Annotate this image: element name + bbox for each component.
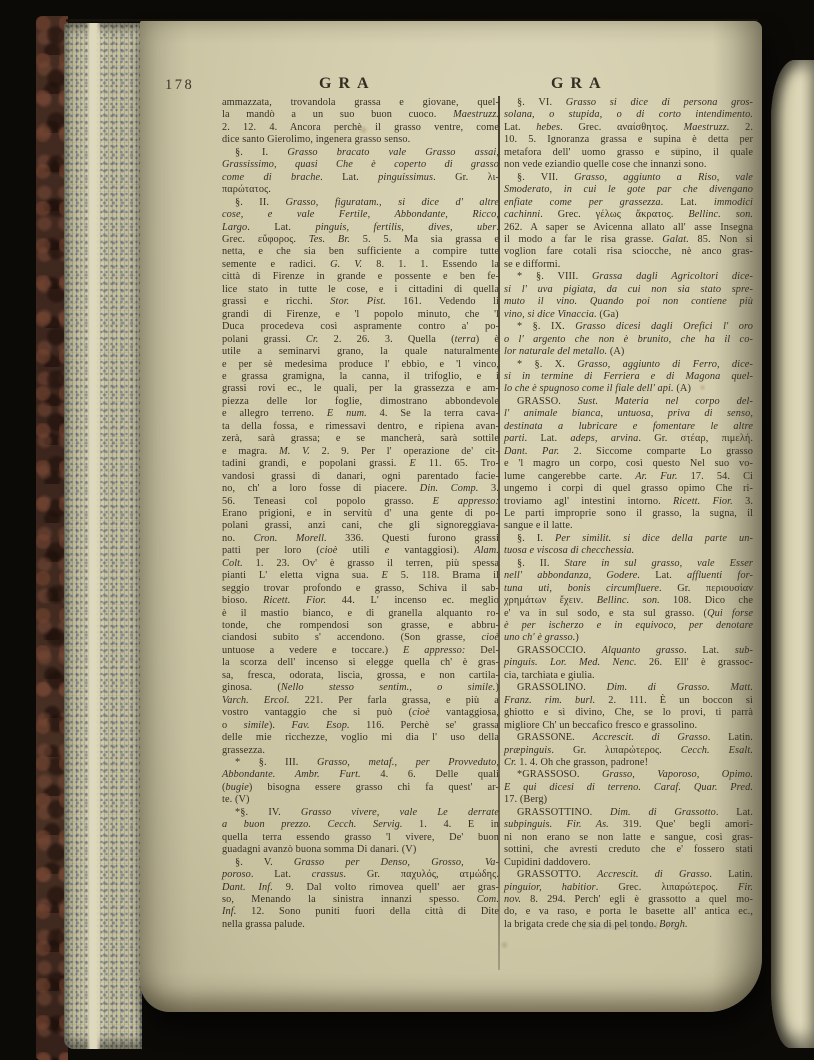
text-line: e 'l magro un corpo, così questo Nel suo… (504, 458, 753, 470)
text-line: poroso. Lat. crassus. Gr. παχυλός, ατμώδ… (222, 869, 499, 881)
text-line: voglion fare cotali risa sciocche, nè an… (504, 246, 753, 258)
text-line: Smoderato, in cui le gote par che diveng… (504, 184, 753, 196)
text-line: do, e va raso, e porta le basette all' a… (504, 906, 753, 918)
text-line: e grassa gramigna, la canna, il trifogli… (222, 371, 499, 383)
text-line: ni non erano se non latte e sangue, così… (504, 832, 753, 844)
text-line: polani grassi. Cr. 2. 26. 3. Quella (ter… (222, 334, 499, 346)
text-line: ciandosi subito s' accendono. (Son grass… (222, 632, 499, 644)
text-line: untuose a vedere e toccare.) E appresso:… (222, 645, 499, 657)
next-page-edge (771, 60, 814, 1048)
text-line: grandi di Firenze, e 'l popolo minuto, c… (222, 309, 499, 321)
text-line: (bugie) bisogna essere grasso chi fa que… (222, 782, 499, 794)
text-line: se e difformi. (504, 259, 753, 271)
text-line: Grassissimo, quasi Che è coperto di gras… (222, 159, 499, 171)
text-line: o l' argento che non è brunito, che ha i… (504, 334, 753, 346)
text-line: Le parti improprie sono il grasso, la su… (504, 508, 753, 520)
foxing-spot (699, 384, 706, 391)
text-line: sangue e il latte. (504, 520, 753, 532)
text-line: Cr. 1. 4. Oh che grasson, padrone! (504, 757, 753, 769)
text-line: grassi rovi ec., le quali, per la grasse… (222, 383, 499, 395)
text-line: παρώτατος. (222, 184, 499, 196)
text-line: polani grassi, anzi cani, che gli signor… (222, 520, 499, 532)
text-line: §. V. Grasso per Denso, Grosso, Va- (222, 857, 499, 869)
text-line: Duca procedeva così aspramente contro a'… (222, 321, 499, 333)
text-line: §. I. Grasso bracato vale Grasso assai, (222, 147, 499, 159)
text-line: §. VI. Grasso si dice di persona gros- (504, 97, 753, 109)
text-line: præpinguis. Gr. λιπαρώτερος. Cecch. Esal… (504, 745, 753, 757)
text-line: città di Firenze in grande e possente e … (222, 271, 499, 283)
text-line: ta della fossa, e rimessavi dentro, e ri… (222, 421, 499, 433)
running-header-left: GRA (319, 75, 376, 93)
text-line: 10. 5. Ignoranza grassa e supina è detta… (504, 134, 753, 146)
text-line: lo che è spugnoso come il fiale dell' ap… (504, 383, 753, 395)
text-line: 17. (Berg) (504, 794, 753, 806)
left-text-column: ammazzata, trovandola grassa e giovane, … (222, 97, 499, 931)
text-line: migliore Ch' un beccafico fresco e grass… (504, 720, 753, 732)
text-line: GRASSOCCIO. Alquanto grasso. Lat. sub- (504, 645, 753, 657)
text-line: o simile). Fav. Esop. 116. Perchè se' gr… (222, 720, 499, 732)
text-line: pianti L' eletta vigna sua. E 5. 118. Br… (222, 570, 499, 582)
text-line: tonde, che rompendosi son grasse, e abbr… (222, 620, 499, 632)
text-line: χρημάτων ἔχειν. Bellinc. son. 108. Dico … (504, 595, 753, 607)
text-line: * §. X. Grasso, aggiunto di Ferro, dice- (504, 359, 753, 371)
text-line: Colt. 1. 23. Ov' è grasso il terren, più… (222, 558, 499, 570)
text-line: Dant. Par. 2. Siccome comparte Lo grasso (504, 446, 753, 458)
text-line: e' va in sul sodo, e sta sul grasso. (Qu… (504, 608, 753, 620)
text-line: cia, tarchiata e giulia. (504, 670, 753, 682)
text-line: dice santo Gierolimo, ingenera grasso se… (222, 134, 499, 146)
text-line: * §. VIII. Grassa dagli Agricoltori dice… (504, 271, 753, 283)
text-line: 262. A saper se Avicenna allato all' ass… (504, 222, 753, 234)
text-line: è per ischerzo e in equivoco, per denota… (504, 620, 753, 632)
text-line: nell' abbondanza, Godere. Lat. affluenti… (504, 570, 753, 582)
text-line: tadini grandi, e popolani grassi. E 11. … (222, 458, 499, 470)
text-line: zerà, sarà grassa; e se mancherà, sarà s… (222, 433, 499, 445)
text-line: E qui dicesi di terreno. Caraf. Quar. Pr… (504, 782, 753, 794)
text-line: lor naturale del metallo. (A) (504, 346, 753, 358)
text-line: Erano prigioni, e in servitù d' una gent… (222, 508, 499, 520)
text-line: nella grassa palude. (222, 919, 499, 931)
text-line: §. II. Grasso, figuratam., si dice d' al… (222, 197, 499, 209)
text-line: no, ch' a loro fosse di piacere. Din. Co… (222, 483, 499, 495)
text-line: GRASSO. Sust. Materia nel corpo del- (504, 396, 753, 408)
text-line: Inf. 12. Sono puniti fuori della città d… (222, 906, 499, 918)
text-line: solana, o stupida, o di corto intendimen… (504, 109, 753, 121)
right-text-column: §. VI. Grasso si dice di persona gros-so… (504, 97, 753, 931)
text-line: delle mie ricchezze, voglio mi dia l' us… (222, 732, 499, 744)
foxing-spot (500, 941, 509, 949)
text-line: la mandò a un suo buon cuoco. Maestruzz. (222, 109, 499, 121)
text-line: vino, si dice Vinaccia. (Ga) (504, 309, 753, 321)
text-line: Dant. Inf. 9. Dal volto rimovea quell' a… (222, 882, 499, 894)
text-line: §. VII. Grasso, aggiunto a Riso, vale (504, 172, 753, 184)
text-line: piezza delle lor foglie, dimostrano abbo… (222, 396, 499, 408)
text-line: enfiate come per grassezza. Lat. immodic… (504, 197, 753, 209)
text-line: il modo a far le risa grasse. Galat. 85.… (504, 234, 753, 246)
text-line: guadagni avanzò buona somma Di danari. (… (222, 844, 499, 856)
page-number: 178 (165, 77, 194, 94)
text-line: Abbondante. Ambr. Furt. 4. 6. Delle qual… (222, 769, 499, 781)
text-line: tuosa e viscosa di checchessia. (504, 545, 753, 557)
bleed-through-text: Dizionario. Vol. IV. (556, 921, 706, 932)
text-line: ginosa. (Nello stesso sentim., o simile.… (222, 682, 499, 694)
text-line: vostro vantaggio che si può (cioè vantag… (222, 707, 499, 719)
text-line: seggio trovar profondo e grasso, Schiva … (222, 583, 499, 595)
text-line: tuna uti, bonis circumfluere. Gr. περιου… (504, 583, 753, 595)
text-line: nov. 8. 294. Perch' egli è grassotto a q… (504, 894, 753, 906)
text-line: GRASSOTTINO. Dim. di Grassotto. Lat. (504, 807, 753, 819)
text-line: Franz. rim. burl. 2. 111. È un boccon sì (504, 695, 753, 707)
text-line: Lat. hebes. Grec. αναίσθητος. Maestruzz.… (504, 122, 753, 134)
text-line: e allegro terreno. E num. 4. Se la terra… (222, 408, 499, 420)
text-line: §. I. Per similit. si dice della parte u… (504, 533, 753, 545)
text-line: utile a seminarvi grano, la quale natura… (222, 346, 499, 358)
text-line: Largo. Lat. pinguis, fertilis, dives, ub… (222, 222, 499, 234)
running-header-right: GRA (551, 75, 608, 93)
text-line: te. (V) (222, 794, 499, 806)
text-line: la scorza dell' incenso si elegge quella… (222, 657, 499, 669)
text-line: metafora dell' uomo grasso e supino, il … (504, 147, 753, 159)
text-line: uno ch' è grasso.) (504, 632, 753, 644)
scanned-book-page: 178 GRA GRA ammazzata, trovandola grassa… (0, 0, 814, 1060)
text-line: bioso. Ricett. Fior. 44. L' incenso ec. … (222, 595, 499, 607)
text-line: pinguis. Lor. Med. Nenc. 26. Ell' è gras… (504, 657, 753, 669)
text-line: cachinni. Grec. γέλως ἄκρατος. Bellinc. … (504, 209, 753, 221)
text-line: sa, fresca, odorata, liscia, grossa, e n… (222, 670, 499, 682)
text-line: ammazzata, trovandola grassa e giovane, … (222, 97, 499, 109)
fore-edge-page-stack (64, 23, 142, 1049)
text-line: Varch. Ercol. 221. Per farla grassa, e p… (222, 695, 499, 707)
fore-edge-highlight (86, 23, 101, 1049)
text-line: muto il vino. Quando poi non contiene pi… (504, 296, 753, 308)
text-line: si in termine di Ferriera e di Magona qu… (504, 371, 753, 383)
text-line: si l' uva pigiata, da cui non sia stato … (504, 284, 753, 296)
text-line: e magra. M. V. 2. 9. Per l' operazione d… (222, 446, 499, 458)
text-line: no. Cron. Morell. 336. Questi furono gra… (222, 533, 499, 545)
text-line: §. II. Stare in sul grasso, vale Esser (504, 558, 753, 570)
text-line: GRASSOTTO. Accrescit. di Grasso. Latin. (504, 869, 753, 881)
text-line: vandosi grassi di danari, ogni parentado… (222, 471, 499, 483)
text-line: come di brache. Lat. pinguissimus. Gr. λ… (222, 172, 499, 184)
text-line: troviamo agl' intestini intorno. Ricett.… (504, 496, 753, 508)
text-line: l' animale bianca, untuosa, priva di sen… (504, 408, 753, 420)
foxing-spot (674, 146, 683, 155)
text-line: netta, e che sia ben sufficiente a compi… (222, 246, 499, 258)
text-line: GRASSOLINO. Dim. di Grasso. Matt. (504, 682, 753, 694)
text-line: Grec. εὔφορος. Tes. Br. 5. 5. Ma sia gra… (222, 234, 499, 246)
text-line: semente e radici. G. V. 8. 1. 1. Essendo… (222, 259, 499, 271)
text-line: non vede eziandio quelle cose che innanz… (504, 159, 753, 171)
text-line: ghiotto e sì divino, Che, se lo provi, t… (504, 707, 753, 719)
text-line: pinguior, habitior. Grec. λιπαρώτερος. F… (504, 882, 753, 894)
text-line: patti per loro (cioè utili e vantaggiosi… (222, 545, 499, 557)
text-line: grassezza. (222, 745, 499, 757)
text-line: parti. Lat. adeps, arvina. Gr. στέαρ, πι… (504, 433, 753, 445)
text-line: Cupidini daddovero. (504, 857, 753, 869)
text-line: 56. Teneasi col popolo grasso. E appress… (222, 496, 499, 508)
text-line: a buon prezzo. Cecch. Servig. 1. 4. E in (222, 819, 499, 831)
text-line: grassi e ricchi. Stor. Pist. 161. Vedend… (222, 296, 499, 308)
text-line: ungemo i corpi di quel grasso opimo Che … (504, 483, 753, 495)
text-line: GRASSONE. Accrescit. di Grasso. Latin. (504, 732, 753, 744)
text-line: * §. IX. Grasso dicesi dagli Orefici l' … (504, 321, 753, 333)
foxing-spot (358, 126, 369, 134)
text-line: subpinguis. Fir. As. 319. Que' begli amo… (504, 819, 753, 831)
text-line: e per sè medesima produce l' ebbio, e 'l… (222, 359, 499, 371)
text-line: quella terra essendo grasso 'l vivere, D… (222, 832, 499, 844)
text-line: sottini, che avresti creduto che e' foss… (504, 844, 753, 856)
text-line: lume cangerebbe carte. Ar. Fur. 17. 54. … (504, 471, 753, 483)
text-line: *§. IV. Grasso vivere, vale Le derrate (222, 807, 499, 819)
text-line: * §. III. Grasso, metaf., per Provveduto… (222, 757, 499, 769)
text-line: è il mastio bianco, e di granella alquan… (222, 608, 499, 620)
text-line: so, Menando la sinistra innanzi spesso. … (222, 894, 499, 906)
text-line: *GRASSOSO. Grasso, Vaporoso, Opimo. (504, 769, 753, 781)
text-line: destinata a lubricare e fomentare le alt… (504, 421, 753, 433)
text-line: lice stato in tutte le cose, e i cittadi… (222, 284, 499, 296)
text-line: cose, e vale Fertile, Abbondante, Ricco, (222, 209, 499, 221)
